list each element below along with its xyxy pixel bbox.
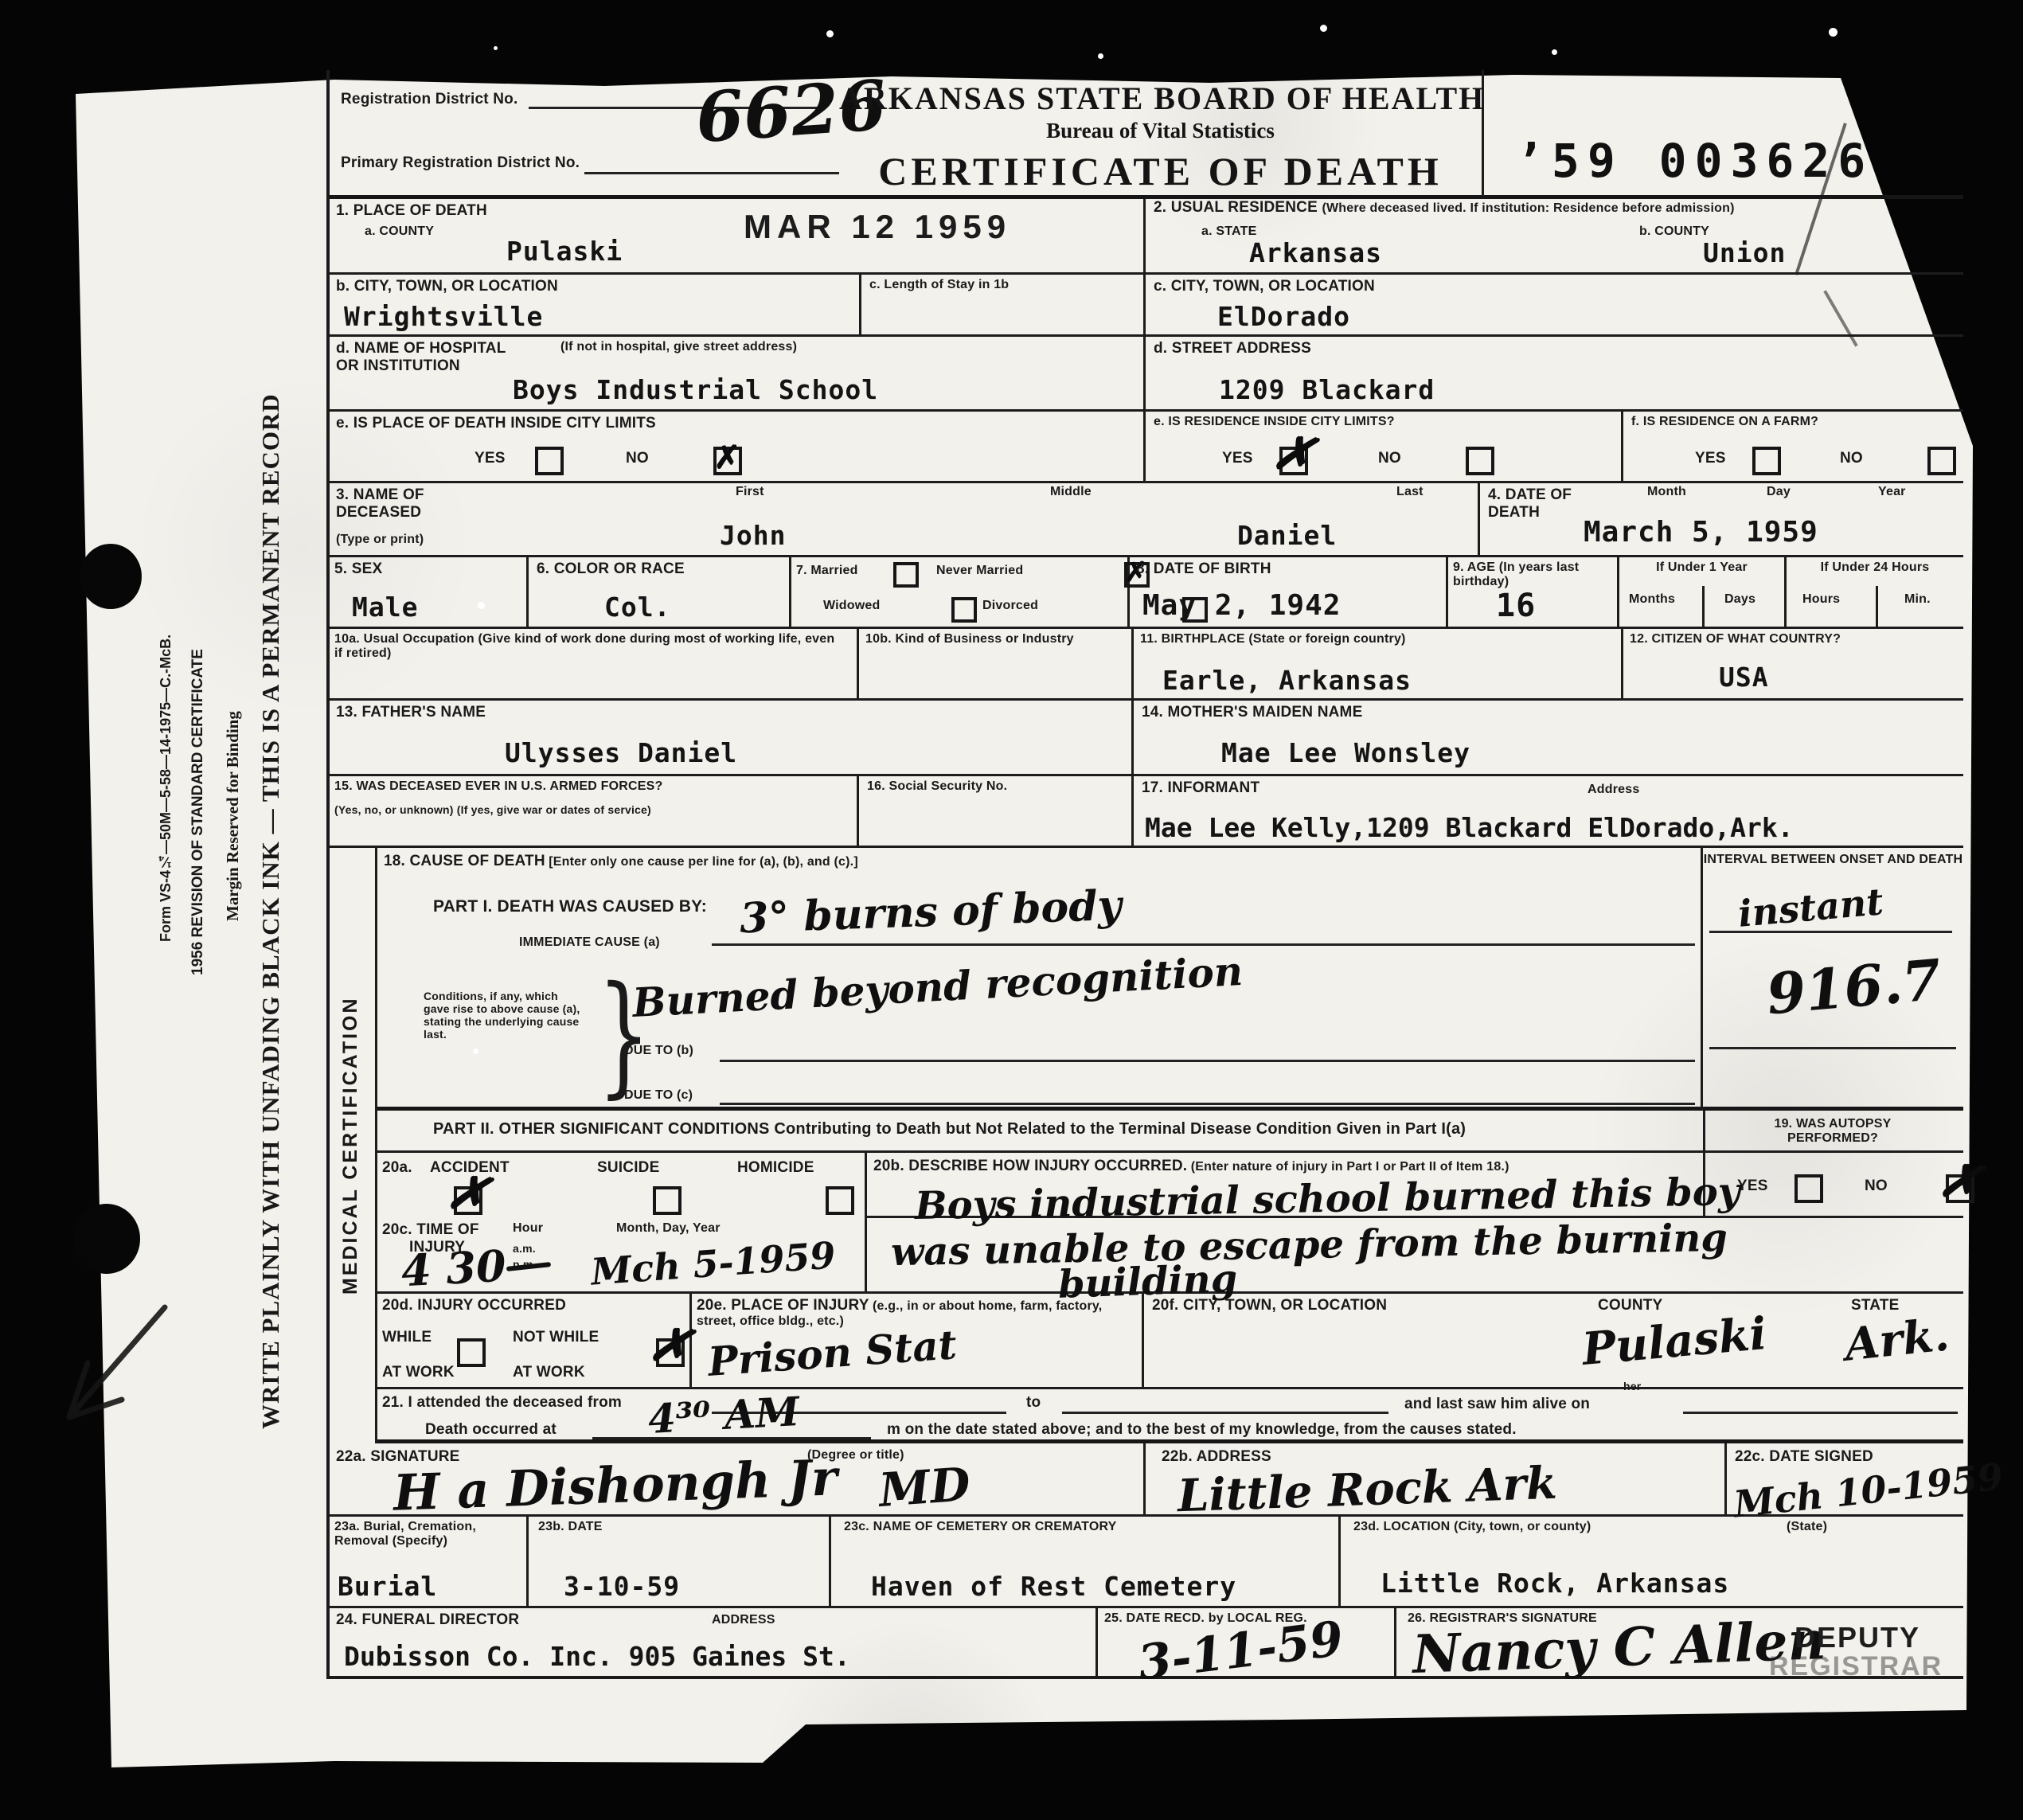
board-title: ARKANSAS STATE BOARD OF HEALTH	[839, 80, 1482, 117]
first-name-header: First	[736, 485, 764, 499]
farm-label: f. IS RESIDENCE ON A FARM?	[1631, 415, 1818, 429]
father-name-label: 13. FATHER'S NAME	[336, 704, 486, 721]
residence-city-value: ElDorado	[1217, 303, 1350, 330]
homicide-label: HOMICIDE	[737, 1159, 814, 1177]
death-occurred-label: Death occurred at	[425, 1421, 557, 1439]
field-part2-conditions: PART II. OTHER SIGNIFICANT CONDITIONS Co…	[377, 1111, 1703, 1150]
check-mark-icon: ✗	[646, 1318, 695, 1373]
describe-injury-note: (Enter nature of injury in Part I or Par…	[1191, 1160, 1509, 1174]
farm-no-checkbox	[1927, 447, 1956, 475]
informant-label: 17. INFORMANT	[1142, 779, 1259, 797]
burial-date-label: 23b. DATE	[538, 1520, 603, 1534]
widowed-checkbox	[951, 597, 977, 623]
interval-handwriting: instant	[1736, 883, 1884, 932]
not-while-at-work-checkbox: ✗	[656, 1338, 685, 1367]
time-of-injury-label-1: 20c. TIME OF	[382, 1221, 479, 1239]
certificate-form: Registration District No. Primary Regist…	[326, 70, 1963, 1679]
field-interval-onset-death: INTERVAL BETWEEN ONSET AND DEATH instant…	[1703, 848, 1963, 1111]
race-label: 6. COLOR OR RACE	[537, 560, 685, 578]
armed-forces-label: 15. WAS DECEASED EVER IN U.S. ARMED FORC…	[334, 779, 663, 794]
burial-type-label: 23a. Burial, Cremation, Removal (Specify…	[334, 1520, 517, 1549]
field-certificate-number: ’59 003626	[1484, 70, 1963, 199]
informant-value: Mae Lee Kelly,1209 Blackard ElDorado,Ark…	[1145, 814, 1794, 841]
month-day-year-header: Month, Day, Year	[616, 1221, 721, 1236]
her-correction: her	[1623, 1380, 1641, 1392]
attended-to-label: to	[1026, 1394, 1041, 1412]
injury-state-handwriting: Ark.	[1842, 1312, 1951, 1367]
at-work-label-1: AT WORK	[382, 1364, 455, 1381]
cemetery-name-value: Haven of Rest Cemetery	[871, 1573, 1236, 1599]
field-hospital: d. NAME OF HOSPITAL OR INSTITUTION (If n…	[330, 337, 1146, 412]
field-accident-suicide-homicide: 20a. ACCIDENT SUICIDE HOMICIDE ✗	[377, 1150, 867, 1218]
field-cemetery-location: 23d. LOCATION (City, town, or county) (S…	[1341, 1517, 1963, 1608]
field-usual-occupation: 10a. Usual Occupation (Give kind of work…	[330, 629, 859, 701]
homicide-checkbox	[826, 1186, 854, 1215]
state-value: Arkansas	[1249, 240, 1382, 266]
field-street-address: d. STREET ADDRESS 1209 Blackard	[1146, 337, 1963, 412]
field-funeral-director: 24. FUNERAL DIRECTOR ADDRESS Dubisson Co…	[330, 1608, 1098, 1676]
months-header: Months	[1629, 592, 1675, 607]
field-name-of-deceased: 3. NAME OF DECEASED (Type or print) Firs…	[330, 483, 1480, 557]
physician-degree-handwriting: MD	[877, 1461, 971, 1513]
check-mark-icon: ✗	[443, 1166, 493, 1221]
suicide-label: SUICIDE	[597, 1159, 659, 1177]
birthplace-value: Earle, Arkansas	[1162, 667, 1412, 693]
industry-label: 10b. Kind of Business or Industry	[865, 632, 1120, 646]
place-of-injury-handwriting: Prison Stat	[707, 1325, 959, 1382]
last-name-header: Last	[1396, 485, 1424, 499]
cause-of-death-label: 18. CAUSE OF DEATH	[384, 853, 545, 869]
received-date-stamp: MAR 12 1959	[744, 210, 1011, 244]
part2-label: PART II. OTHER SIGNIFICANT CONDITIONS Co…	[433, 1120, 1466, 1138]
death-city-limits-label: e. IS PLACE OF DEATH INSIDE CITY LIMITS	[336, 415, 656, 432]
form-header: ARKANSAS STATE BOARD OF HEALTH Bureau of…	[839, 70, 1484, 199]
while-at-work-checkbox	[457, 1338, 486, 1367]
field-20a-number: 20a.	[382, 1159, 412, 1177]
field-date-of-death: 4. DATE OF DEATH Month Day Year March 5,…	[1480, 483, 1963, 557]
month-header: Month	[1647, 485, 1686, 499]
field-residence-city: c. CITY, TOWN, OR LOCATION ElDorado	[1146, 275, 1963, 337]
check-mark-icon: ✗	[713, 442, 740, 474]
funeral-director-label: 24. FUNERAL DIRECTOR	[336, 1611, 519, 1629]
date-of-death-label: 4. DATE OF DEATH	[1488, 486, 1576, 521]
registration-district-label: Registration District No.	[341, 91, 517, 108]
field-date-received: 25. DATE RECD. by LOCAL REG. 3-11-59	[1098, 1608, 1396, 1676]
field-residence-on-farm: f. IS RESIDENCE ON A FARM? YES NO	[1623, 412, 1963, 483]
farm-yes-label: YES	[1695, 450, 1726, 467]
death-limits-no-checkbox: ✗	[713, 447, 742, 475]
field-birthplace: 11. BIRTHPLACE (State or foreign country…	[1134, 629, 1623, 701]
interval-label: INTERVAL BETWEEN ONSET AND DEATH	[1703, 853, 1963, 867]
sex-label: 5. SEX	[334, 560, 382, 578]
farm-yes-checkbox	[1752, 447, 1781, 475]
field-business-industry: 10b. Kind of Business or Industry	[859, 629, 1134, 701]
margin-binding-note: Margin Reserved for Binding	[223, 629, 243, 1003]
field-physician-address: 22b. ADDRESS Little Rock Ark	[1146, 1443, 1727, 1517]
field-sex: 5. SEX Male	[330, 557, 529, 629]
field-length-of-stay: c. Length of Stay in 1b	[861, 275, 1146, 337]
field-city-of-death: b. CITY, TOWN, OR LOCATION Wrightsville	[330, 275, 861, 337]
place-of-death-label: 1. PLACE OF DEATH	[336, 202, 487, 220]
cemetery-state-label: (State)	[1787, 1520, 1827, 1534]
punch-hole-top	[80, 544, 142, 609]
mother-name-label: 14. MOTHER'S MAIDEN NAME	[1142, 704, 1362, 721]
father-name-value: Ulysses Daniel	[505, 740, 737, 766]
field-describe-injury-continued: was unable to escape from the burning bu…	[867, 1218, 1963, 1294]
injury-state-header: STATE	[1851, 1297, 1899, 1314]
cause-a-line	[712, 943, 1695, 946]
field-time-of-injury: 20c. TIME OF INJURY Hour a.m. p.m. Month…	[377, 1218, 867, 1294]
under-1-year-header: If Under 1 Year	[1619, 560, 1784, 575]
physician-address-label: 22b. ADDRESS	[1162, 1448, 1271, 1466]
funeral-director-address-header: ADDRESS	[712, 1613, 775, 1627]
physician-signature-handwriting: H a Dishongh Jr	[392, 1453, 838, 1517]
margin-revision-note: 1956 REVISION OF STANDARD CERTIFICATE	[189, 605, 207, 1019]
sex-value: Male	[352, 594, 418, 620]
field-usual-residence: 2. USUAL RESIDENCE (Where deceased lived…	[1146, 199, 1963, 275]
burial-date-value: 3-10-59	[564, 1573, 680, 1599]
deputy-stamp-line1: DEPUTY	[1795, 1621, 1920, 1654]
age-label: 9. AGE (In years last birthday)	[1453, 560, 1604, 590]
cause-code-handwriting: 916.7	[1764, 952, 1943, 1023]
death-limits-no-label: NO	[626, 450, 649, 467]
field-age-under-1-year: If Under 1 Year Months Days	[1619, 557, 1787, 629]
residence-limits-no-checkbox	[1466, 447, 1494, 475]
name-note: (Type or print)	[336, 533, 424, 547]
field-date-of-birth: 8. DATE OF BIRTH May 2, 1942	[1130, 557, 1448, 629]
residence-limits-yes-label: YES	[1222, 450, 1253, 467]
due-to-c-line	[720, 1103, 1695, 1105]
residence-county-label: b. COUNTY	[1639, 225, 1709, 239]
field-cemetery-name: 23c. NAME OF CEMETERY OR CREMATORY Haven…	[831, 1517, 1341, 1608]
date-of-death-value: March 5, 1959	[1584, 518, 1818, 547]
field-registration-district: Registration District No. Primary Regist…	[330, 70, 839, 199]
field-injury-location: 20f. CITY, TOWN, OR LOCATION COUNTY STAT…	[1144, 1294, 1963, 1389]
birth-date-label: 8. DATE OF BIRTH	[1136, 560, 1271, 578]
scan-speckles	[494, 46, 498, 50]
field-marital-status: 7. Married Never Married ✗ Widowed Divor…	[791, 557, 1130, 629]
death-time-handwriting: 4³⁰ AM	[647, 1392, 800, 1439]
residence-limits-yes-checkbox: ✗	[1279, 447, 1308, 475]
cause-b-handwriting: Burned beyond recognition	[631, 951, 1244, 1023]
suicide-checkbox	[653, 1186, 681, 1215]
margin-write-plainly-note: WRITE PLAINLY WITH UNFADING BLACK INK — …	[256, 203, 285, 1620]
usual-residence-label: 2. USUAL RESIDENCE (Where deceased lived…	[1154, 199, 1735, 217]
bureau-subtitle: Bureau of Vital Statistics	[839, 119, 1482, 143]
margin-form-number: Form VS-4¼—50M—5-58—14-1975—C.-McB.	[158, 589, 174, 987]
occupation-label: 10a. Usual Occupation (Give kind of work…	[334, 632, 844, 662]
hour-header: Hour	[513, 1221, 543, 1236]
city-of-death-label: b. CITY, TOWN, OR LOCATION	[336, 278, 558, 295]
not-while-label: NOT WHILE	[513, 1329, 599, 1346]
residence-county-value: Union	[1703, 240, 1786, 266]
deputy-stamp-line2: REGISTRAR	[1769, 1651, 1943, 1682]
field-registrar-signature: 26. REGISTRAR'S SIGNATURE Nancy C Allen …	[1396, 1608, 1963, 1676]
death-statement-tail: m on the date stated above; and to the b…	[887, 1421, 1517, 1439]
first-name-value: John	[720, 522, 786, 549]
informant-address-header: Address	[1588, 783, 1639, 797]
day-header: Day	[1767, 485, 1791, 499]
conditions-note: Conditions, if any, which gave rise to a…	[424, 990, 583, 1041]
field-armed-forces: 15. WAS DECEASED EVER IN U.S. ARMED FORC…	[330, 776, 859, 848]
certificate-number-value: ’59 003626	[1516, 134, 1873, 188]
residence-limits-label: e. IS RESIDENCE INSIDE CITY LIMITS?	[1154, 415, 1395, 429]
widowed-label: Widowed	[823, 599, 880, 613]
handwritten-arrow-mark	[44, 1298, 183, 1429]
field-residence-inside-city-limits: e. IS RESIDENCE INSIDE CITY LIMITS? YES …	[1146, 412, 1623, 483]
injury-county-header: COUNTY	[1598, 1297, 1662, 1314]
cause-a-handwriting: 3° burns of body	[739, 885, 1122, 940]
injury-date-handwriting: Mch 5-1959	[590, 1236, 837, 1290]
medical-certification-strip: MEDICAL CERTIFICATION	[330, 848, 377, 1443]
under-24-hours-header: If Under 24 Hours	[1787, 560, 1963, 575]
field-attended-statement: 21. I attended the deceased from to her …	[377, 1389, 1963, 1443]
field-death-inside-city-limits: e. IS PLACE OF DEATH INSIDE CITY LIMITS …	[330, 412, 1146, 483]
field-social-security: 16. Social Security No.	[859, 776, 1134, 848]
column-divider	[1702, 586, 1705, 629]
name-label: 3. NAME OF DECEASED	[336, 486, 479, 521]
death-limits-yes-checkbox	[535, 447, 564, 475]
funeral-director-value: Dubisson Co. Inc. 905 Gaines St.	[344, 1643, 850, 1670]
immediate-cause-label: IMMEDIATE CAUSE (a)	[519, 935, 660, 950]
married-checkbox	[893, 562, 919, 588]
interval-line	[1709, 931, 1952, 933]
part1-label: PART I. DEATH WAS CAUSED BY:	[433, 897, 707, 916]
hospital-value: Boys Industrial School	[513, 377, 878, 403]
birthplace-label: 11. BIRTHPLACE (State or foreign country…	[1140, 632, 1406, 646]
days-header: Days	[1724, 592, 1755, 607]
street-address-label: d. STREET ADDRESS	[1154, 340, 1311, 357]
cause-label-row: 18. CAUSE OF DEATH [Enter only one cause…	[384, 853, 858, 870]
last-saw-line	[1683, 1412, 1958, 1414]
column-divider	[1876, 586, 1878, 629]
accident-checkbox: ✗	[454, 1186, 482, 1215]
field-color-or-race: 6. COLOR OR RACE Col.	[529, 557, 791, 629]
residence-city-label: c. CITY, TOWN, OR LOCATION	[1154, 278, 1375, 295]
physician-address-handwriting: Little Rock Ark	[1177, 1461, 1557, 1519]
field-date-signed: 22c. DATE SIGNED Mch 10-1959	[1727, 1443, 1963, 1517]
brace-icon: }	[597, 970, 650, 1101]
field-age-under-24-hours: If Under 24 Hours Hours Min.	[1787, 557, 1963, 629]
field-cause-of-death: 18. CAUSE OF DEATH [Enter only one cause…	[377, 848, 1703, 1111]
due-to-b-label: DUE TO (b)	[624, 1044, 693, 1058]
field-place-of-death-county: 1. PLACE OF DEATH a. COUNTY Pulaski MAR …	[330, 199, 1146, 275]
cause-bracket-note: [Enter only one cause per line for (a), …	[549, 855, 858, 869]
never-married-label: Never Married	[936, 564, 1023, 578]
autopsy-label: 19. WAS AUTOPSY PERFORMED?	[1729, 1117, 1936, 1146]
last-name-value: Daniel	[1237, 522, 1337, 549]
certificate-title: CERTIFICATE OF DEATH	[839, 148, 1482, 194]
usual-residence-label-note: (Where deceased lived. If institution: R…	[1322, 201, 1734, 215]
citizenship-label: 12. CITIZEN OF WHAT COUNTRY?	[1630, 632, 1841, 646]
residence-limits-no-label: NO	[1378, 450, 1401, 467]
field-citizenship: 12. CITIZEN OF WHAT COUNTRY? USA	[1623, 629, 1963, 701]
burial-type-value: Burial	[338, 1573, 437, 1599]
scanned-death-certificate: Form VS-4¼—50M—5-58—14-1975—C.-McB. 1956…	[0, 0, 2023, 1820]
describe-injury-label: 20b. DESCRIBE HOW INJURY OCCURRED.	[873, 1158, 1187, 1174]
armed-forces-note: (Yes, no, or unknown) (If yes, give war …	[334, 803, 844, 816]
am-label: a.m.	[513, 1242, 536, 1255]
city-of-death-value: Wrightsville	[344, 303, 543, 330]
field-burial-type: 23a. Burial, Cremation, Removal (Specify…	[330, 1517, 529, 1608]
field-informant: 17. INFORMANT Address Mae Lee Kelly,1209…	[1134, 776, 1963, 848]
field-describe-injury: 20b. DESCRIBE HOW INJURY OCCURRED. (Ente…	[867, 1150, 1963, 1218]
date-signed-label: 22c. DATE SIGNED	[1735, 1448, 1873, 1466]
divorced-label: Divorced	[982, 599, 1038, 613]
injury-county-handwriting: Pulaski	[1580, 1311, 1768, 1372]
due-to-b-line	[720, 1060, 1695, 1062]
injury-city-label: 20f. CITY, TOWN, OR LOCATION	[1152, 1297, 1387, 1314]
field-mother-maiden-name: 14. MOTHER'S MAIDEN NAME Mae Lee Wonsley	[1134, 701, 1963, 776]
citizenship-value: USA	[1719, 664, 1769, 690]
at-work-label-2: AT WORK	[513, 1364, 585, 1381]
death-limits-yes-label: YES	[475, 450, 506, 467]
county-value: Pulaski	[506, 238, 623, 264]
cemetery-location-label: 23d. LOCATION (City, town, or county)	[1353, 1520, 1591, 1534]
married-label: 7. Married	[796, 564, 858, 578]
attended-to-line	[1062, 1412, 1388, 1414]
age-value: 16	[1496, 590, 1536, 622]
punch-hole-bottom	[73, 1204, 140, 1274]
place-of-injury-label: 20e. PLACE OF INJURY	[697, 1297, 869, 1314]
cemetery-location-value: Little Rock, Arkansas	[1381, 1570, 1729, 1596]
injury-handwriting-line2: was unable to escape from the burning	[891, 1219, 1728, 1271]
ssn-label: 16. Social Security No.	[867, 779, 1007, 794]
injury-hour-handwriting: 4 30	[400, 1244, 507, 1293]
min-header: Min.	[1904, 592, 1931, 607]
due-to-c-label: DUE TO (c)	[624, 1088, 693, 1103]
field-place-of-injury: 20e. PLACE OF INJURY (e.g., in or about …	[692, 1294, 1144, 1389]
farm-no-label: NO	[1840, 450, 1863, 467]
hospital-note: (If not in hospital, give street address…	[560, 340, 797, 354]
last-saw-label: and last saw him alive on	[1404, 1396, 1590, 1413]
primary-district-blank	[584, 172, 839, 174]
mother-name-value: Mae Lee Wonsley	[1221, 740, 1470, 766]
field-burial-date: 23b. DATE 3-10-59	[529, 1517, 831, 1608]
county-label: a. COUNTY	[365, 225, 434, 239]
hospital-label: d. NAME OF HOSPITAL OR INSTITUTION	[336, 340, 511, 375]
hours-header: Hours	[1802, 592, 1840, 607]
length-of-stay-label: c. Length of Stay in 1b	[869, 278, 1009, 292]
medical-certification-label: MEDICAL CERTIFICATION	[339, 848, 362, 1443]
field-injury-at-work: 20d. INJURY OCCURRED WHILE AT WORK NOT W…	[377, 1294, 692, 1389]
attended-label: 21. I attended the deceased from	[382, 1394, 622, 1412]
code-line	[1709, 1047, 1956, 1049]
cemetery-name-label: 23c. NAME OF CEMETERY OR CREMATORY	[844, 1520, 1117, 1534]
field-father-name: 13. FATHER'S NAME Ulysses Daniel	[330, 701, 1134, 776]
race-value: Col.	[604, 594, 670, 620]
field-physician-signature: 22a. SIGNATURE (Degree or title) H a Dis…	[330, 1443, 1146, 1517]
middle-name-header: Middle	[1050, 485, 1092, 499]
while-label: WHILE	[382, 1329, 432, 1346]
field-age: 9. AGE (In years last birthday) 16	[1448, 557, 1619, 629]
birth-date-value: May 2, 1942	[1142, 592, 1341, 620]
usual-residence-label-main: 2. USUAL RESIDENCE	[1154, 199, 1318, 216]
primary-district-label: Primary Registration District No.	[341, 154, 580, 172]
street-address-value: 1209 Blackard	[1219, 377, 1435, 403]
registrar-signature-handwriting: Nancy C Allen	[1412, 1614, 1826, 1681]
check-mark-icon: ✗	[1269, 426, 1318, 482]
year-header: Year	[1878, 485, 1906, 499]
injury-occurred-label: 20d. INJURY OCCURRED	[382, 1297, 566, 1314]
describe-injury-label-row: 20b. DESCRIBE HOW INJURY OCCURRED. (Ente…	[873, 1158, 1509, 1175]
